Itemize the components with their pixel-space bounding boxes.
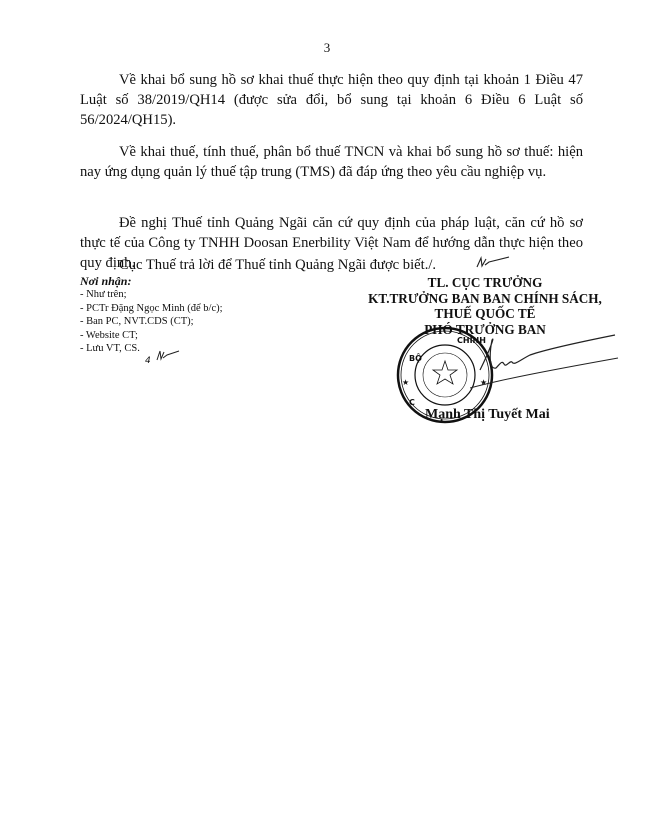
signature-line: KT.TRƯỞNG BAN BAN CHÍNH SÁCH, xyxy=(345,291,625,307)
copies-count: 4 xyxy=(145,356,151,366)
paragraph-closing: Cục Thuế trả lời để Thuế tỉnh Quảng Ngãi… xyxy=(80,255,583,276)
paragraph-supplementary-declaration: Về khai bổ sung hồ sơ khai thuế thực hiệ… xyxy=(80,70,583,130)
recipients-block: Nơi nhận: - Như trên; - PCTr Đặng Ngọc M… xyxy=(80,274,223,356)
page-number: 3 xyxy=(0,40,654,56)
svg-text:C: C xyxy=(409,398,415,407)
recipient-item: - Website CT; xyxy=(80,329,223,343)
signature-line: TL. CỤC TRƯỞNG xyxy=(345,275,625,291)
recipient-item: - Như trên; xyxy=(80,288,223,302)
recipient-item: - Ban PC, NVT.CDS (CT); xyxy=(80,315,223,329)
paragraph-text: Về khai bổ sung hồ sơ khai thuế thực hiệ… xyxy=(80,70,583,130)
signature-line: THUẾ QUỐC TẾ xyxy=(345,306,625,322)
handwritten-signature-icon xyxy=(470,330,620,410)
paragraph-tms: Về khai thuế, tính thuế, phân bổ thuế TN… xyxy=(80,142,583,182)
handwritten-initials-icon xyxy=(155,349,181,363)
signer-name: Mạnh Thị Tuyết Mai xyxy=(425,407,550,423)
paragraph-text: Về khai thuế, tính thuế, phân bổ thuế TN… xyxy=(80,142,583,182)
recipients-title: Nơi nhận: xyxy=(80,274,223,288)
svg-text:★: ★ xyxy=(402,378,409,387)
handwritten-initials-icon xyxy=(436,256,511,276)
copies-note: 4 xyxy=(145,349,181,368)
paragraph-text: Cục Thuế trả lời để Thuế tỉnh Quảng Ngãi… xyxy=(119,257,436,273)
recipient-item: - PCTr Đặng Ngọc Minh (để b/c); xyxy=(80,302,223,316)
svg-text:BỘ: BỘ xyxy=(409,353,422,363)
